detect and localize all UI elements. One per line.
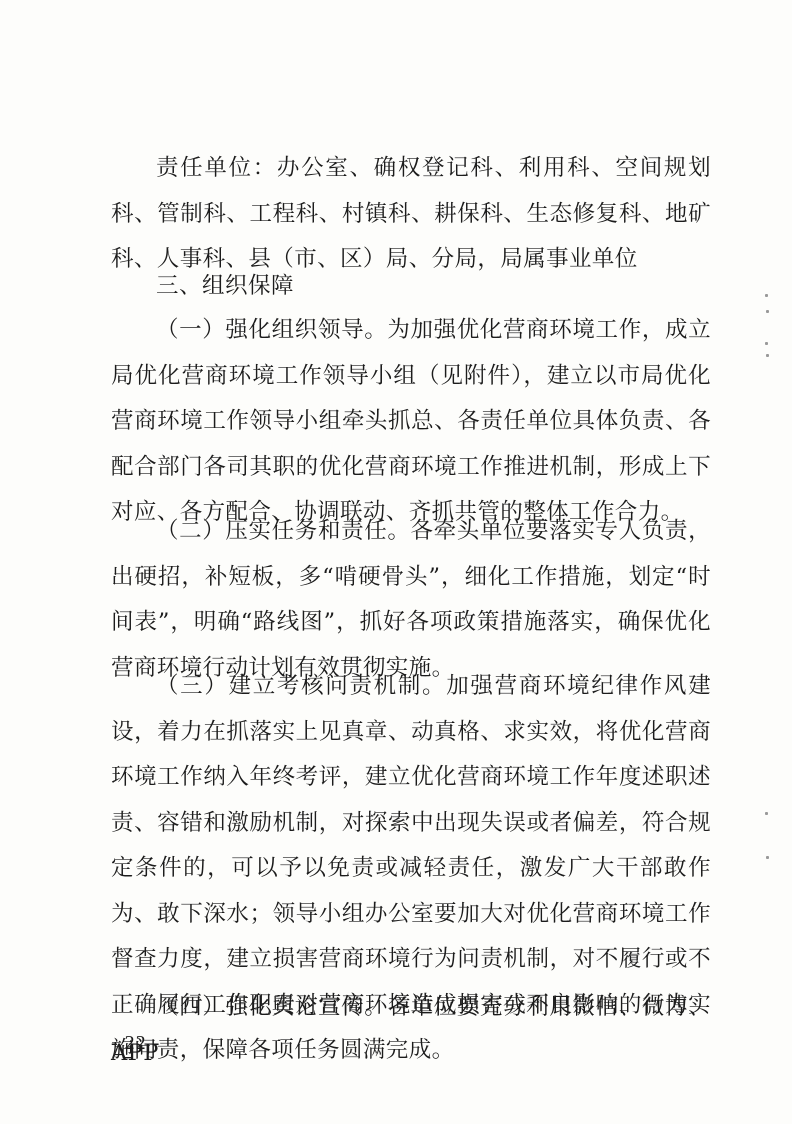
section-heading: 三、组织保障: [156, 271, 294, 301]
paragraph-public-opinion: （四）强化舆论宣传。各单位要充分利用微信、微博、APP: [111, 985, 711, 1076]
page-number: - 22 -: [111, 1032, 160, 1055]
scan-margin-mark: [765, 342, 768, 345]
scan-margin-mark: [765, 294, 768, 297]
scan-margin-mark: [766, 856, 769, 859]
scan-margin-mark: [766, 310, 769, 313]
scan-margin-mark: [765, 812, 768, 815]
responsible-units-paragraph: 责任单位：办公室、确权登记科、利用科、空间规划科、管制科、工程科、村镇科、耕保科…: [111, 146, 711, 283]
paragraph-organization-leadership: （一）强化组织领导。为加强优化营商环境工作，成立局优化营商环境工作领导小组（见附…: [111, 308, 711, 536]
scan-margin-mark: [766, 354, 769, 357]
document-page: 责任单位：办公室、确权登记科、利用科、空间规划科、管制科、工程科、村镇科、耕保科…: [0, 0, 792, 1124]
